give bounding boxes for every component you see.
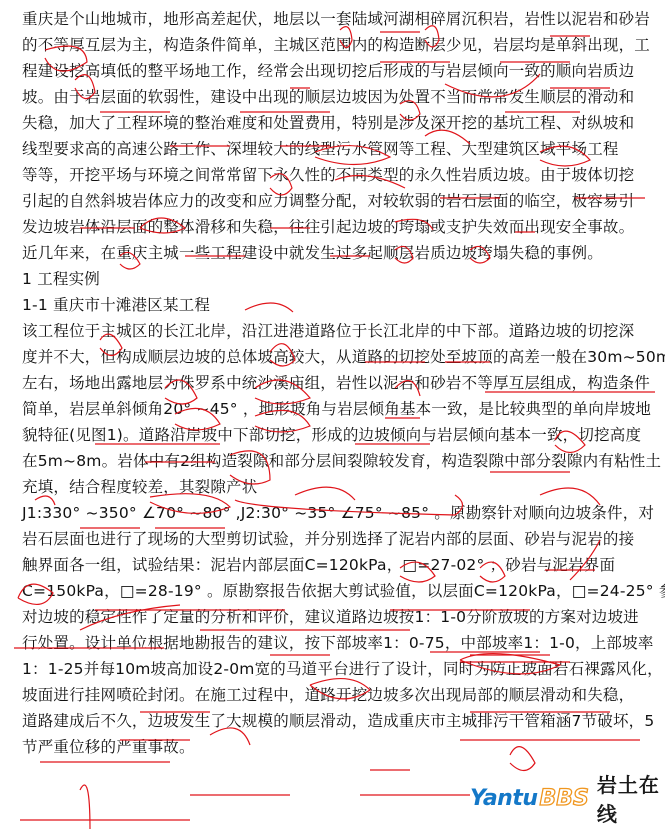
text-line: 触界面各一组，试验结果：泥岩内部层面C=120kPa，□=27-02° ；砂岩与… xyxy=(22,552,662,578)
text-line: 节严重位移的严重事故。 xyxy=(22,734,662,760)
text-line: 貌特征(见图1)。道路沿岸坡中下部切挖，形成的边坡倾向与岩层倾向基本一致，切挖高… xyxy=(22,422,662,448)
text-line: 近几年来，在重庆主城一些工程建设中就发生过多起顺层岩质边坡垮塌失稳的事例。 xyxy=(22,240,662,266)
text-line: 发边坡岩体沿层面的整体滑移和失稳，往往引起边坡的垮塌或支护失效而出现安全事故。 xyxy=(22,214,662,240)
text-line: 等等，开挖平场与环境之间常常留下永久性的不同类型的永久性岩质边坡。由于坡体切挖 xyxy=(22,162,662,188)
text-line: 简单，岩层单斜倾角20° ~45° ，地形坡角与岩层倾角基本一致，是比较典型的单… xyxy=(22,396,662,422)
text-line: C=150kPa，□=28-19° 。原勘察报告依据大剪试验值，以层面C=120… xyxy=(22,578,662,604)
watermark-bbs: BBS xyxy=(540,786,589,811)
yantu-bbs-watermark-logo: Yantu BBS 岩土在线 xyxy=(470,783,665,813)
text-line: 重庆是个山地城市，地形高差起伏，地层以一套陆域河湖相碎屑沉积岩，岩性以泥岩和砂岩 xyxy=(22,6,662,32)
text-line: 左右，场地出露地层为侏罗系中统沙溪庙组，岩性以泥岩和砂岩不等厚互层组成，构造条件 xyxy=(22,370,662,396)
text-line: 对边坡的稳定性作了定量的分析和评价，建议道路边坡按1：1-0分阶放坡的方案对边坡… xyxy=(22,604,662,630)
text-line: 行处置。设计单位根据地勘报告的建议，按下部坡率1：0-75，中部坡率1：1-0，… xyxy=(22,630,662,656)
text-line: 充填，结合程度较差，其裂隙产状 xyxy=(22,474,662,500)
text-line: 引起的自然斜坡岩体应力的改变和应力调整分配，对较软弱的岩石层面的临空，极容易引 xyxy=(22,188,662,214)
text-line: 程建设挖高填低的整平场地工作，经常会出现切挖后形成的与岩层倾向一致的顺向岩质边 xyxy=(22,58,662,84)
document-body: 重庆是个山地城市，地形高差起伏，地层以一套陆域河湖相碎屑沉积岩，岩性以泥岩和砂岩… xyxy=(22,6,662,760)
text-line: 1：1-25并每10m坡高加设2-0m宽的马道平台进行了设计，同时为防止坡面岩石… xyxy=(22,656,662,682)
text-line: 的不等厚互层为主，构造条件简单，主城区范围内的构造断层少见，岩层均是单斜出现，工 xyxy=(22,32,662,58)
text-line: 度并不大，但构成顺层边坡的总体坡高较大，从道路的切挖处至坡顶的高差一般在30m~… xyxy=(22,344,662,370)
text-line: J1:330° ~350° ∠70° ~80° ,J2:30° ~35° ∠75… xyxy=(22,500,662,526)
subsection-heading: 1-1 重庆市十滩港区某工程 xyxy=(22,292,662,318)
watermark-chinese-name: 岩土在线 xyxy=(597,769,665,827)
text-line: 该工程位于主城区的长江北岸，沿江进港道路位于长江北岸的中下部。道路边坡的切挖深 xyxy=(22,318,662,344)
watermark-yantu: Yantu xyxy=(470,786,538,811)
text-line: 线型要求高的高速公路工作、深埋较大的线型污水管网等工程、大型建筑区域平场工程 xyxy=(22,136,662,162)
text-line: 道路建成后不久，边坡发生了大规模的顺层滑动，造成重庆市主城排污干管箱涵7节破坏，… xyxy=(22,708,662,734)
text-line: 坡面进行挂网喷砼封闭。在施工过程中，道路开挖边坡多次出现局部的顺层滑动和失稳， xyxy=(22,682,662,708)
text-line: 失稳，加大了工程环境的整治难度和处置费用，特别是涉及深开挖的基坑工程、对纵坡和 xyxy=(22,110,662,136)
text-line: 坡。由于岩层面的软弱性，建设中出现的顺层边坡因为处置不当而常常发生顺层的滑动和 xyxy=(22,84,662,110)
section-heading: 1 工程实例 xyxy=(22,266,662,292)
text-line: 岩石层面也进行了现场的大型剪切试验，并分别选择了泥岩内部的层面、砂岩与泥岩的接 xyxy=(22,526,662,552)
text-line: 在5m~8m。岩体中有2组构造裂隙和部分层间裂隙较发育，构造裂隙中部分裂隙内有粘… xyxy=(22,448,662,474)
